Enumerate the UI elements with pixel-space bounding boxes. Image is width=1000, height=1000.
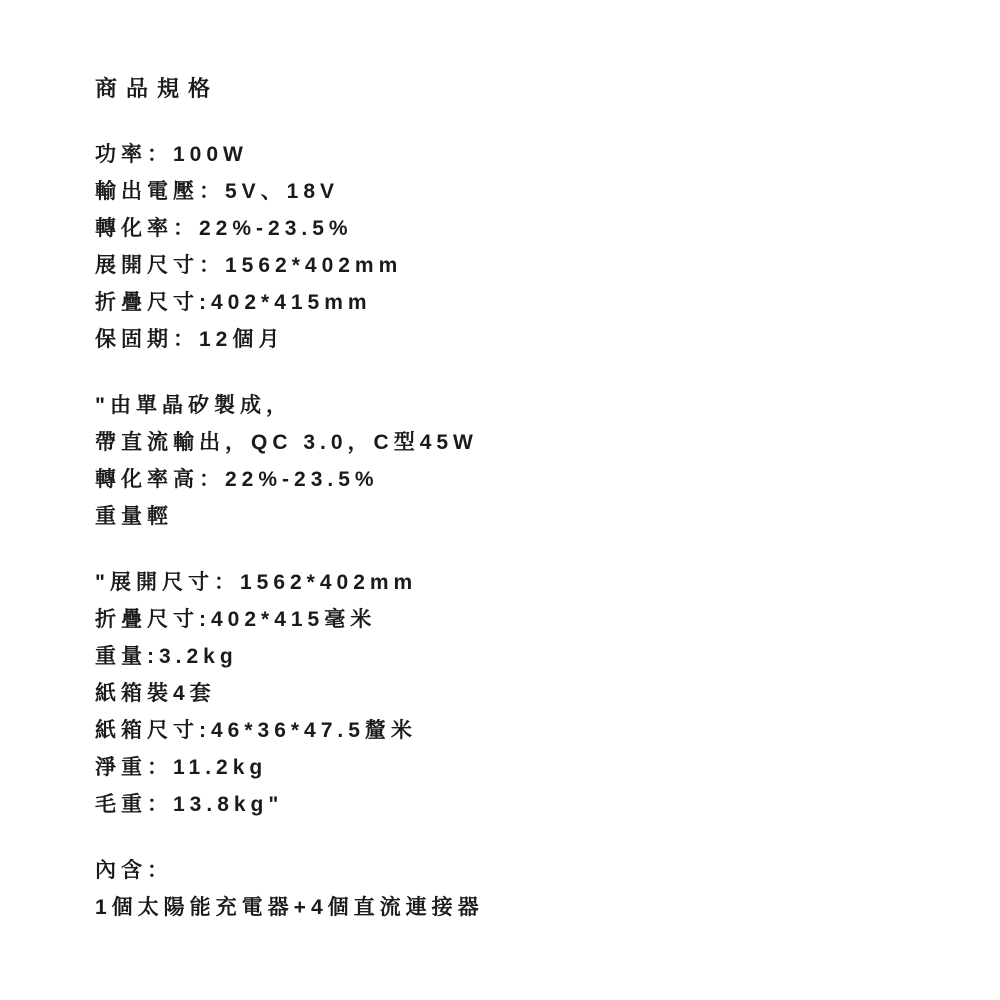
feature-line-material: "由單晶矽製成， [95, 387, 940, 424]
spec-line-power: 功率：100W [95, 136, 940, 173]
feature-line-dc-output: 帶直流輸出，QC 3.0，C型45W [95, 424, 940, 461]
packaging-line-weight: 重量:3.2kg [95, 638, 940, 675]
packaging-line-folded-size: 折疊尺寸:402*415毫米 [95, 601, 940, 638]
packaging-section: "展開尺寸：1562*402mm 折疊尺寸:402*415毫米 重量:3.2kg… [95, 564, 940, 823]
feature-line-light-weight: 重量輕 [95, 498, 940, 535]
basic-specs-section: 功率：100W 輸出電壓：5V、18V 轉化率：22%-23.5% 展開尺寸：1… [95, 136, 940, 358]
features-section: "由單晶矽製成， 帶直流輸出，QC 3.0，C型45W 轉化率高：22%-23.… [95, 387, 940, 535]
product-spec-document: 商品規格 功率：100W 輸出電壓：5V、18V 轉化率：22%-23.5% 展… [0, 0, 1000, 1000]
packaging-line-gross-weight: 毛重：13.8kg" [95, 786, 940, 823]
packaging-line-carton-qty: 紙箱裝4套 [95, 675, 940, 712]
spec-line-folded-size: 折疊尺寸:402*415mm [95, 284, 940, 321]
packaging-line-unfolded-size: "展開尺寸：1562*402mm [95, 564, 940, 601]
spec-line-warranty: 保固期：12個月 [95, 321, 940, 358]
feature-line-high-conversion: 轉化率高：22%-23.5% [95, 461, 940, 498]
included-label: 內含： [95, 852, 940, 889]
spec-line-conversion-rate: 轉化率：22%-23.5% [95, 210, 940, 247]
page-title: 商品規格 [95, 70, 940, 107]
packaging-line-carton-size: 紙箱尺寸:46*36*47.5釐米 [95, 712, 940, 749]
spec-line-output-voltage: 輸出電壓：5V、18V [95, 173, 940, 210]
packaging-line-net-weight: 淨重：11.2kg [95, 749, 940, 786]
spec-line-unfolded-size: 展開尺寸：1562*402mm [95, 247, 940, 284]
included-section: 內含： 1個太陽能充電器+4個直流連接器 [95, 852, 940, 926]
included-content: 1個太陽能充電器+4個直流連接器 [95, 889, 940, 926]
